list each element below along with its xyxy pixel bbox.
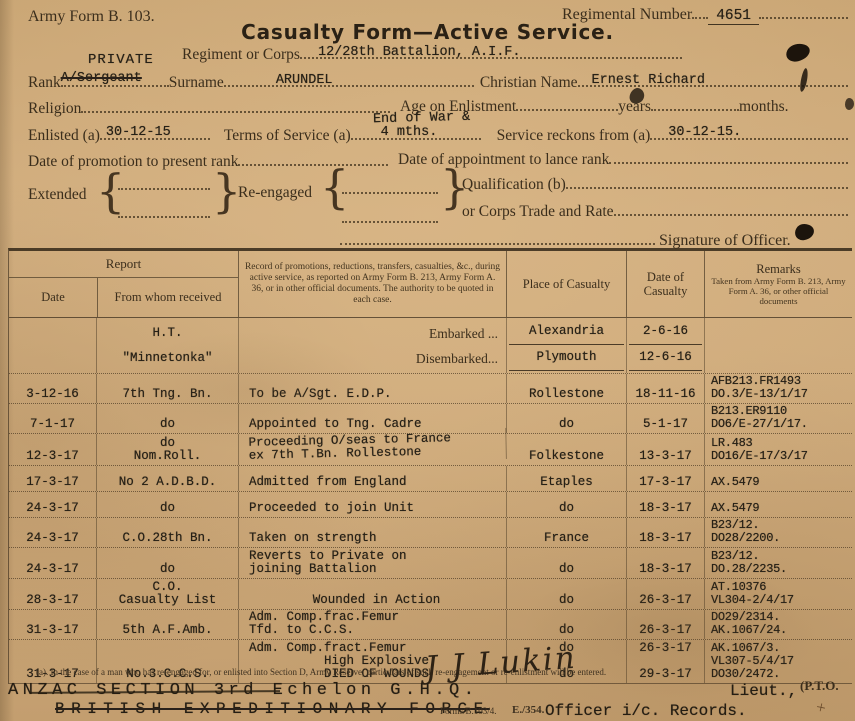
place-cell: do: [507, 492, 627, 517]
regiment-value: 12/28th Battalion, A.I.F.: [318, 45, 521, 60]
rank-typed-value: PRIVATE: [88, 52, 154, 68]
remarks-cell: AK.1067/3.VL307-5/4/17DO30/2472.: [705, 640, 852, 683]
surname-label: Surname: [169, 74, 224, 92]
date-cell: 31-3-17: [9, 610, 97, 639]
remarks-cell: B23/12.DO.28/2235.: [705, 548, 852, 578]
casualty-date-cell: 13-3-17: [627, 434, 705, 465]
lieut-label: Lieut.,: [730, 682, 797, 700]
qualification-row: Qualification (b): [462, 176, 848, 194]
record-cell: Proceeded to join Unit: [239, 492, 507, 517]
report-header-title: Report: [9, 251, 238, 278]
remarks-cell: AFB213.FR1493DO.3/E-13/1/17: [705, 374, 852, 403]
surname-value: ARUNDEL: [276, 73, 333, 88]
from-whom-cell: H.T."Minnetonka": [97, 318, 239, 373]
extended-line-2: [118, 214, 210, 218]
record-cell: Wounded in Action: [239, 579, 507, 609]
enlisted-row: Enlisted (a) 30-12-15 Terms of Service (…: [28, 127, 848, 145]
table-row: 24-3-17C.O.28th Bn.Taken on strengthFran…: [9, 518, 852, 548]
remarks-cell: LR.483DO16/E-17/3/17: [705, 434, 852, 465]
casualty-date-cell: 17-3-17: [627, 466, 705, 491]
remarks-column-header: Remarks Taken from Army Form B. 213, Arm…: [705, 251, 852, 317]
form-reference-2: E./354.: [512, 704, 544, 716]
date-cell: 24-3-17: [9, 548, 97, 578]
christian-name-label: Christian Name: [474, 74, 578, 92]
service-reckons-label: Service reckons from (a): [481, 127, 651, 145]
record-cell: Proceeding O/seas to Franceex 7th T.Bn. …: [238, 428, 507, 465]
from-whom-cell: 5th A.F.Amb.: [97, 610, 239, 639]
remarks-cell: B23/12.DO28/2200.: [705, 518, 852, 547]
casualty-table: Report Date From whom received Record of…: [8, 248, 852, 684]
terms-of-service-label: Terms of Service (a): [210, 127, 351, 145]
qualification-label: Qualification (b): [462, 176, 566, 194]
place-cell: do: [507, 404, 627, 433]
reengaged-open-brace: {: [320, 164, 349, 210]
extended-close-brace: }: [212, 168, 241, 214]
reengaged-line-1: [342, 190, 438, 194]
corps-trade-row: or Corps Trade and Rate: [462, 203, 848, 221]
casualty-date-cell: 26-3-17: [627, 579, 705, 609]
promotion-label: Date of promotion to present rank: [28, 153, 238, 171]
table-row: 28-3-17C.O.Casualty ListWounded in Actio…: [9, 579, 852, 610]
page-title: Casualty Form—Active Service.: [0, 20, 855, 44]
from-whom-cell: do: [97, 404, 239, 433]
rank-struck-value: A/Sergeant: [61, 71, 142, 86]
ink-blot: [845, 98, 854, 110]
casualty-date-cell: 18-3-17: [627, 492, 705, 517]
from-whom-cell: C.O.28th Bn.: [97, 518, 239, 547]
report-header: Report Date From whom received: [9, 251, 239, 317]
reengaged-label: Re-engaged: [238, 184, 312, 202]
table-row: 12-3-17doNom.Roll.Proceeding O/seas to F…: [9, 434, 852, 466]
remarks-cell: AT.10376VL304-2/4/17: [705, 579, 852, 609]
date-cell: 28-3-17: [9, 579, 97, 609]
rank-label: Rank: [28, 74, 61, 92]
casualty-date-cell: 5-1-17: [627, 404, 705, 433]
from-whom-cell: doNom.Roll.: [97, 434, 239, 465]
extended-open-brace: {: [96, 168, 125, 214]
table-row: 17-3-17No 2 A.D.B.D.Admitted from Englan…: [9, 466, 852, 492]
record-cell: Admitted from England: [239, 466, 507, 491]
from-whom-column-header: From whom received: [97, 278, 238, 317]
place-cell: Rollestone: [507, 374, 627, 403]
christian-name-value: Ernest Richard: [592, 73, 705, 88]
place-cell: Etaples: [507, 466, 627, 491]
record-cell: Taken on strength: [239, 518, 507, 547]
place-cell: do: [507, 610, 627, 639]
table-row: 24-3-17doReverts to Private onjoining Ba…: [9, 548, 852, 579]
from-whom-cell: do: [97, 548, 239, 578]
remarks-header-title: Remarks: [709, 262, 848, 276]
name-row: Rank A/Sergeant Surname ARUNDEL Christia…: [28, 74, 848, 92]
remarks-cell: DO29/2314.AK.1067/24.: [705, 610, 852, 639]
remarks-cell: [705, 318, 852, 373]
remarks-cell: AX.5479: [705, 492, 852, 517]
date-cell: 24-3-17: [9, 518, 97, 547]
casualty-date-cell: 18-3-17: [627, 548, 705, 578]
enlisted-label: Enlisted (a): [28, 127, 100, 145]
date-cell: 17-3-17: [9, 466, 97, 491]
casualty-date-cell: 18-11-16: [627, 374, 705, 403]
table-row: 3-12-167th Tng. Bn.To be A/Sgt. E.D.P.Ro…: [9, 374, 852, 404]
remarks-cell: AX.5479: [705, 466, 852, 491]
table-row: 31-3-175th A.F.Amb.Adm. Comp.frac.FemurT…: [9, 610, 852, 640]
pto-label: (P.T.O.: [800, 678, 839, 694]
from-whom-cell: do: [97, 492, 239, 517]
from-whom-cell: C.O.Casualty List: [97, 579, 239, 609]
months-label: months.: [739, 98, 789, 116]
record-column-header: Record of promotions, reductions, transf…: [239, 251, 507, 317]
casualty-table-body: H.T."Minnetonka"Embarked ...Disembarked.…: [9, 318, 852, 684]
record-cell: Reverts to Private onjoining Battalion: [239, 548, 507, 578]
service-reckons-value: 30-12-15.: [668, 125, 741, 140]
casualty-form-document: { "form": { "form_number": "Army Form B.…: [0, 0, 855, 721]
remarks-cell: B213.ER9110DO6/E-27/1/17.: [705, 404, 852, 433]
casualty-date-cell: 26-3-17: [627, 610, 705, 639]
corps-trade-label: or Corps Trade and Rate: [462, 203, 614, 221]
from-whom-cell: 7th Tng. Bn.: [97, 374, 239, 403]
table-row: 24-3-17doProceeded to join Unitdo18-3-17…: [9, 492, 852, 518]
date-cell: 12-3-17: [9, 434, 97, 465]
date-cell: 7-1-17: [9, 404, 97, 433]
religion-row: Religion: [28, 100, 390, 118]
record-cell: Adm. Comp.frac.FemurTfd. to C.C.S.: [239, 610, 507, 639]
religion-label: Religion: [28, 100, 81, 118]
casualty-date-cell: 26-3-17 29-3-17: [627, 640, 705, 683]
date-cell: 3-12-16: [9, 374, 97, 403]
record-cell: To be A/Sgt. E.D.P.: [239, 374, 507, 403]
enlisted-value: 30-12-15: [106, 125, 171, 140]
regiment-label: Regiment or Corps: [182, 46, 300, 64]
record-cell: Embarked ...Disembarked...: [239, 318, 507, 373]
casualty-date-cell: 18-3-17: [627, 518, 705, 547]
extended-label: Extended: [28, 186, 87, 204]
lance-rank-label: Date of appointment to lance rank: [398, 151, 609, 169]
officer-records-label: Officer i/c. Records.: [545, 702, 747, 720]
date-column-header: Date: [9, 278, 97, 317]
remarks-header-subtext: Taken from Army Form B. 213, Army Form A…: [709, 276, 848, 306]
form-reference: Forms/B.103/4.: [440, 706, 497, 716]
place-cell: Folkestone: [507, 434, 627, 465]
terms-value-line2: 4 mths.: [381, 125, 438, 140]
table-row: H.T."Minnetonka"Embarked ...Disembarked.…: [9, 318, 852, 374]
date-cell: 24-3-17: [9, 492, 97, 517]
casualty-date-column-header: Date of Casualty: [627, 251, 705, 317]
pencil-cross-mark: +: [814, 697, 828, 719]
place-cell: do: [507, 548, 627, 578]
place-cell: AlexandriaPlymouth: [507, 318, 627, 373]
place-column-header: Place of Casualty: [507, 251, 627, 317]
reengaged-line-2: [342, 219, 438, 223]
place-cell: France: [507, 518, 627, 547]
extended-line-1: [118, 186, 210, 190]
casualty-date-cell: 2-6-1612-6-16: [627, 318, 705, 373]
ink-blot: [784, 41, 811, 63]
bef-stamp: BRITISH EXPEDITIONARY FORCE: [55, 700, 490, 718]
date-cell: [9, 318, 97, 373]
place-cell: do: [507, 579, 627, 609]
regiment-row: Regiment or Corps 12/28th Battalion, A.I…: [182, 46, 682, 64]
casualty-table-header: Report Date From whom received Record of…: [9, 251, 852, 318]
from-whom-cell: No 2 A.D.B.D.: [97, 466, 239, 491]
